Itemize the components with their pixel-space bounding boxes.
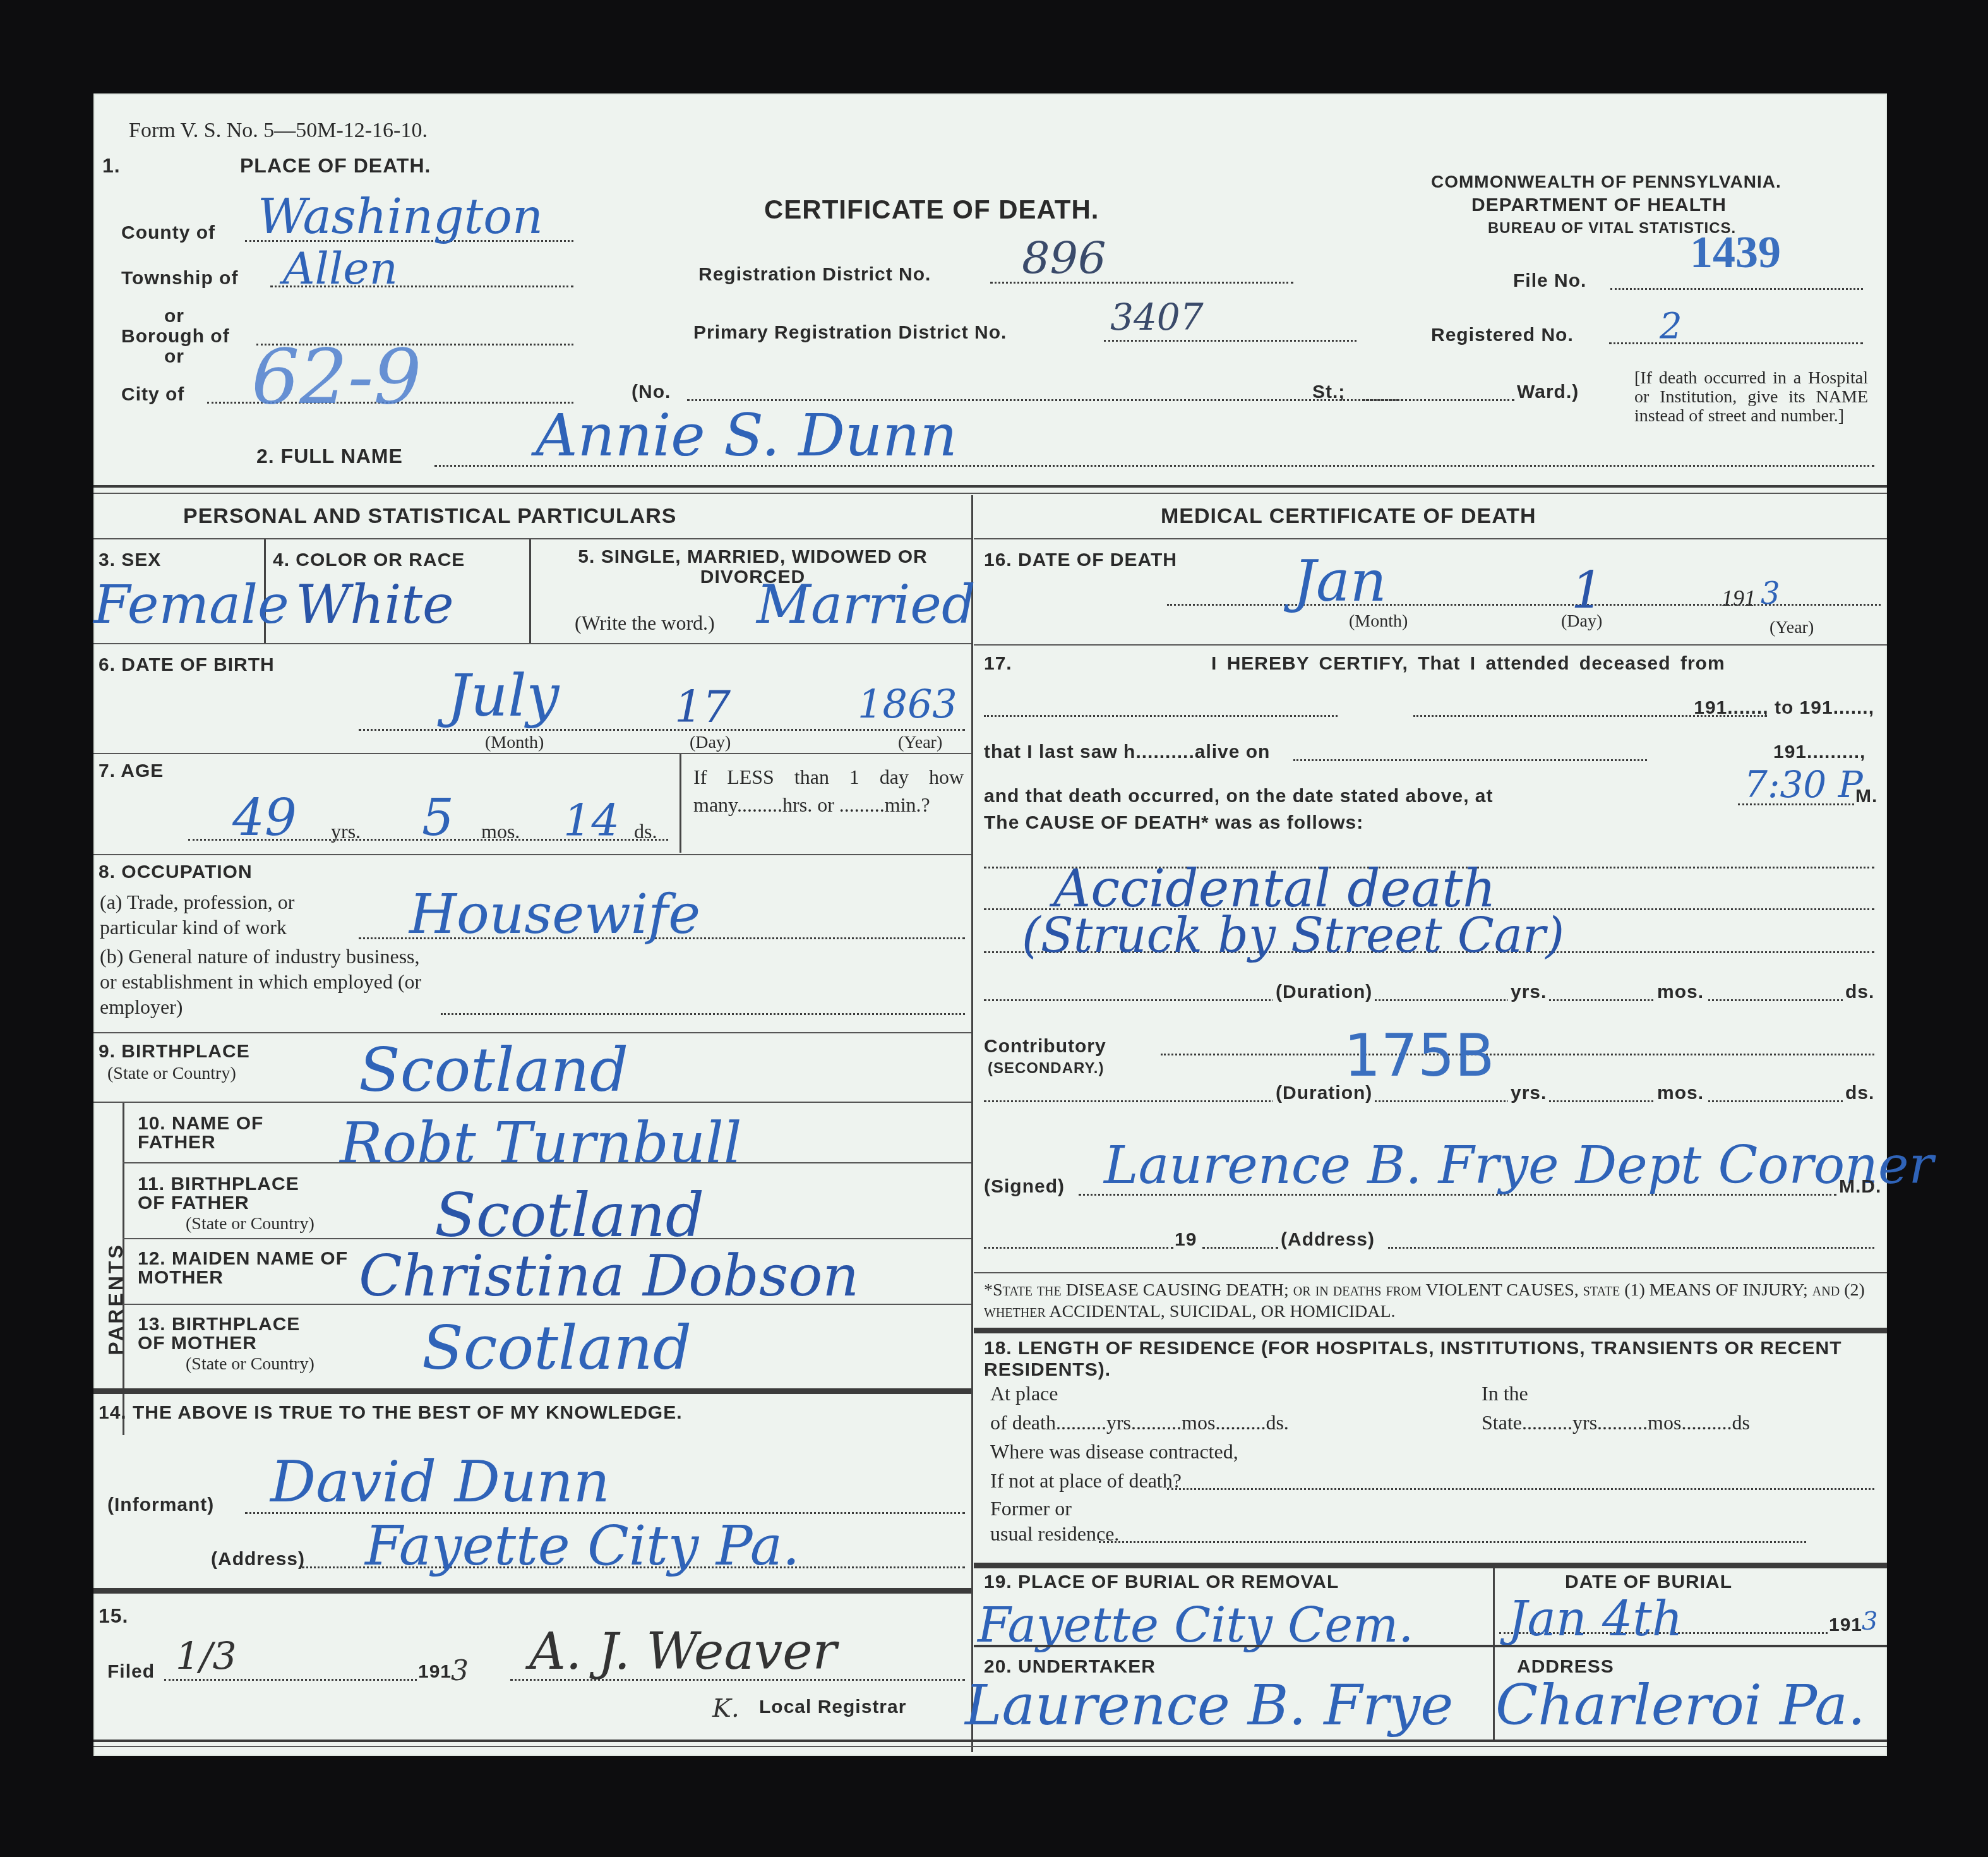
at-place-label: At place [990, 1382, 1058, 1405]
mother-birthplace-label: 13. BIRTHPLACE OF MOTHER [138, 1315, 302, 1353]
column-divider [971, 495, 973, 1752]
township-label: Township of [121, 268, 238, 289]
agency-line-2: DEPARTMENT OF HEALTH [1471, 195, 1727, 216]
contributory-label: Contributory [984, 1036, 1106, 1057]
in-the-label: In the [1482, 1382, 1528, 1405]
section-15-number: 15. [99, 1604, 128, 1628]
duration-mos-2: mos. [1655, 1083, 1706, 1104]
race-label: 4. COLOR OR RACE [273, 550, 465, 571]
sex-label: 3. SEX [99, 550, 161, 571]
filed-year-suffix[interactable]: 3 [451, 1655, 469, 1687]
burial-year-suffix[interactable]: 3 [1862, 1607, 1877, 1636]
race-value[interactable]: White [296, 574, 454, 635]
occupation-value[interactable]: Housewife [409, 883, 700, 946]
dod-year-prefix: 191 [1722, 585, 1756, 611]
or-label-2: or [164, 346, 184, 368]
mother-birthplace-hint: (State or Country) [186, 1354, 314, 1374]
mother-birthplace-value[interactable]: Scotland [422, 1313, 692, 1383]
county-value[interactable]: Washington [258, 188, 543, 244]
registrar-signature[interactable]: A. J. Weaver [529, 1622, 837, 1681]
occupation-label: 8. OCCUPATION [99, 862, 253, 883]
primary-registration-district-label: Primary Registration District No. [693, 322, 1007, 344]
informant-label: (Informant) [107, 1494, 214, 1516]
father-name-value[interactable]: Robt Turnbull [340, 1110, 741, 1177]
duration-yrs-1: yrs. [1508, 982, 1549, 1003]
occupation-a-label: (a) Trade, profession, or particular kin… [100, 889, 359, 940]
dob-label: 6. DATE OF BIRTH [99, 654, 275, 676]
marital-value[interactable]: Married [757, 574, 976, 635]
informant-address-value[interactable]: Fayette City Pa. [365, 1515, 799, 1578]
certify-text: I HEREBY CERTIFY, That I attended deceas… [1211, 653, 1725, 675]
age-years[interactable]: 49 [232, 788, 297, 847]
burial-place-label: 19. PLACE OF BURIAL OR REMOVAL [984, 1572, 1339, 1593]
burial-year-prefix: 191 [1829, 1614, 1862, 1636]
father-birthplace-value[interactable]: Scotland [434, 1180, 704, 1251]
age-days[interactable]: 14 [563, 795, 620, 846]
marital-hint: (Write the word.) [575, 611, 715, 635]
undertaker-address-value[interactable]: Charleroi Pa. [1495, 1673, 1865, 1738]
death-certificate: Form V. S. No. 5—50M-12-16-10. 1. PLACE … [93, 93, 1887, 1756]
duration-label-2: (Duration) [1273, 1083, 1375, 1104]
age-ds-unit: ds. [634, 820, 657, 843]
father-birthplace-label: 11. BIRTHPLACE OF FATHER [138, 1175, 302, 1213]
secondary-label: (SECONDARY.) [988, 1060, 1104, 1078]
dob-month[interactable]: July [447, 662, 560, 730]
age-months[interactable]: 5 [422, 788, 454, 847]
or-label-1: or [164, 306, 184, 327]
hospital-note: [If death occurred in a Hospital or Inst… [1634, 369, 1868, 426]
dob-day[interactable]: 17 [674, 681, 731, 733]
less-than-day-note: If LESS than 1 day how many.........hrs.… [693, 763, 964, 819]
residence-in-state: State..........yrs..........mos.........… [1482, 1411, 1750, 1434]
duration-label-1: (Duration) [1273, 982, 1375, 1003]
registration-district-value[interactable]: 896 [1022, 232, 1106, 284]
dod-label: 16. DATE OF DEATH [984, 550, 1177, 571]
section-1-number: 1. [102, 154, 121, 177]
filed-label: Filed [107, 1661, 155, 1683]
city-annotation: 62-9 [251, 334, 422, 421]
city-label: City of [121, 384, 184, 406]
registrar-label: Local Registrar [759, 1697, 906, 1718]
street-label: St.; [1312, 382, 1345, 403]
age-yrs-unit: yrs. [331, 820, 361, 843]
informant-value[interactable]: David Dunn [270, 1449, 610, 1515]
where-contracted-label: Where was disease contracted, [990, 1440, 1238, 1463]
county-label: County of [121, 222, 215, 244]
age-label: 7. AGE [99, 760, 164, 782]
occupation-b-label: (b) General nature of industry business,… [100, 944, 441, 1019]
primary-registration-district-value[interactable]: 3407 [1110, 296, 1204, 339]
cause-code[interactable]: 175B [1344, 1022, 1495, 1090]
filed-year-prefix: 191 [418, 1661, 452, 1683]
mother-maiden-value[interactable]: Christina Dobson [359, 1243, 859, 1309]
filed-date[interactable]: 1/3 [176, 1635, 237, 1679]
father-birthplace-hint: (State or Country) [186, 1214, 314, 1234]
birthplace-label: 9. BIRTHPLACE [99, 1041, 250, 1062]
dob-year-caption: (Year) [898, 733, 942, 753]
registered-no-value[interactable]: 2 [1660, 306, 1682, 347]
dod-year-suffix[interactable]: 3 [1761, 576, 1780, 611]
certify-number: 17. [984, 653, 1012, 675]
ward-label: Ward.) [1517, 382, 1579, 403]
father-name-label: 10. NAME OF FATHER [138, 1114, 289, 1152]
age-mos-unit: mos. [481, 820, 520, 843]
burial-date-label: DATE OF BURIAL [1565, 1572, 1732, 1593]
informant-address-label: (Address) [211, 1549, 305, 1570]
death-time-value[interactable]: 7:30 P [1744, 763, 1863, 806]
last-saw-year: 191........., [1773, 742, 1865, 763]
former-label: Former or [990, 1497, 1072, 1520]
duration-ds-2: ds. [1843, 1083, 1877, 1104]
cause-footnote: *State the DISEASE CAUSING DEATH; or in … [984, 1280, 1874, 1323]
residence-at-place: of death..........yrs..........mos......… [990, 1411, 1289, 1434]
dob-month-caption: (Month) [485, 733, 544, 753]
registrar-mark: K. [712, 1694, 740, 1723]
medical-heading: MEDICAL CERTIFICATE OF DEATH [1161, 504, 1536, 529]
certificate-title: CERTIFICATE OF DEATH. [764, 195, 1099, 225]
cause-label: The CAUSE OF DEATH* was as follows: [984, 812, 1363, 834]
signed-value[interactable]: Laurence B. Frye Dept Coroner [1104, 1136, 1934, 1196]
full-name-value[interactable]: Annie S. Dunn [536, 402, 957, 469]
last-saw-text: that I last saw h..........alive on [984, 742, 1270, 763]
signed-year-prefix: 19 [1175, 1229, 1197, 1251]
birthplace-value[interactable]: Scotland [359, 1035, 628, 1105]
if-not-label: If not at place of death? [990, 1469, 1182, 1493]
birthplace-hint: (State or Country) [107, 1064, 236, 1084]
cause-line-2[interactable]: (Struck by Street Car) [1022, 907, 1564, 963]
mother-maiden-label: 12. MAIDEN NAME OF MOTHER [138, 1249, 352, 1287]
dod-month[interactable]: Jan [1293, 548, 1387, 615]
place-of-death-heading: PLACE OF DEATH. [240, 154, 431, 177]
duration-ds-1: ds. [1843, 982, 1877, 1003]
dob-year[interactable]: 1863 [858, 681, 957, 727]
death-time-suffix: M. [1855, 786, 1877, 807]
md-label: M.D. [1839, 1176, 1881, 1198]
sex-value[interactable]: Female [93, 574, 289, 635]
file-no-stamp: 1439 [1690, 226, 1781, 279]
informant-section-label: 14. THE ABOVE IS TRUE TO THE BEST OF MY … [99, 1402, 683, 1424]
duration-mos-1: mos. [1655, 982, 1706, 1003]
full-name-label: 2. FULL NAME [256, 445, 403, 468]
burial-date-value[interactable]: Jan 4th [1508, 1590, 1683, 1647]
borough-label: Borough of [121, 326, 230, 347]
agency-line-1: COMMONWEALTH OF PENNSYLVANIA. [1431, 172, 1781, 192]
form-number: Form V. S. No. 5—50M-12-16-10. [129, 119, 428, 143]
undertaker-value[interactable]: Laurence B. Frye [965, 1673, 1453, 1738]
dod-month-caption: (Month) [1349, 611, 1408, 632]
dod-year-caption: (Year) [1769, 618, 1814, 638]
file-no-label: File No. [1513, 270, 1586, 292]
personal-heading: PERSONAL AND STATISTICAL PARTICULARS [183, 504, 677, 529]
registered-no-label: Registered No. [1431, 325, 1574, 346]
signed-label: (Signed) [984, 1176, 1065, 1198]
death-time-text: and that death occurred, on the date sta… [984, 786, 1493, 807]
residence-label: 18. LENGTH OF RESIDENCE (FOR HOSPITALS, … [984, 1338, 1874, 1381]
registration-district-label: Registration District No. [698, 264, 931, 285]
physician-address-label: (Address) [1281, 1229, 1375, 1251]
township-value[interactable]: Allen [283, 243, 398, 294]
street-no-label: (No. [632, 382, 671, 403]
duration-yrs-2: yrs. [1508, 1083, 1549, 1104]
dod-day-caption: (Day) [1561, 611, 1602, 632]
dob-day-caption: (Day) [690, 733, 731, 753]
